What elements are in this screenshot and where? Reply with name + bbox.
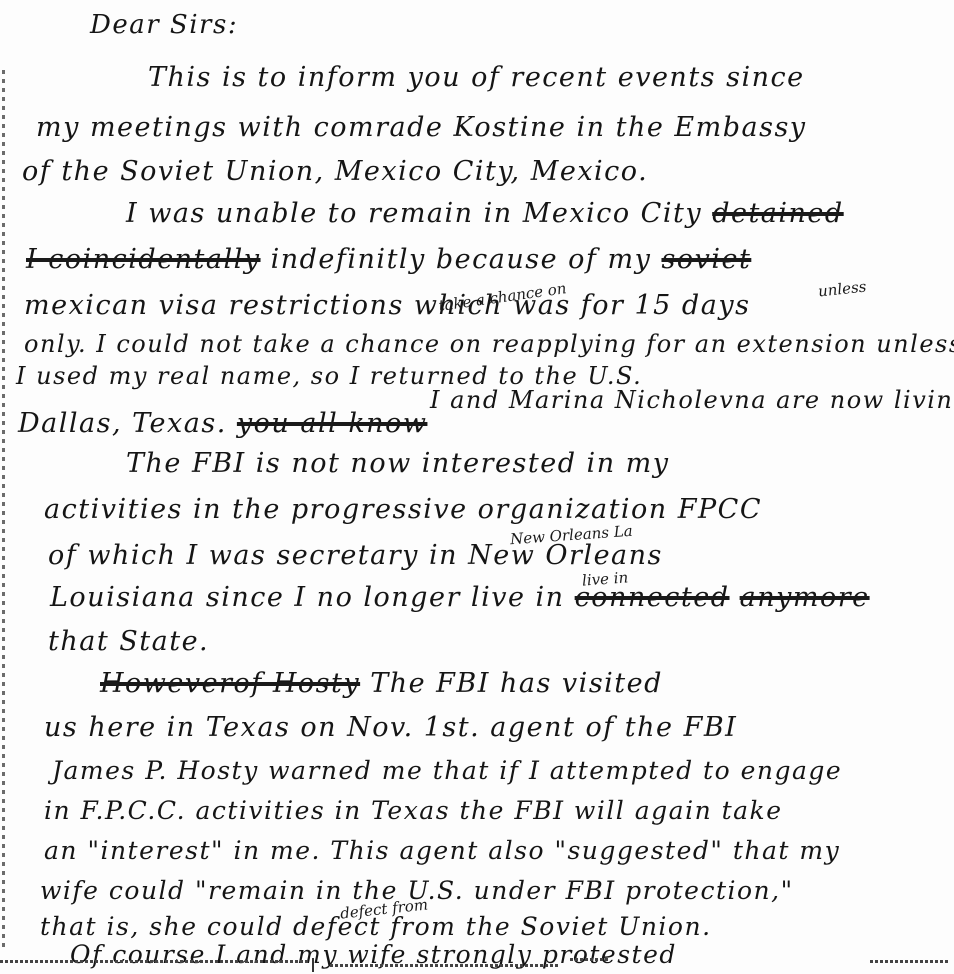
letter-line-14: Louisiana since I no longer live in conn…	[50, 582, 870, 613]
line-text: only. I could not take a chance on reapp…	[24, 330, 954, 358]
letter-line-6: mexican visa restrictions which was for …	[24, 290, 750, 321]
struck-word: anymore	[740, 582, 870, 613]
struck-word: detained	[712, 198, 844, 229]
scan-artifact	[870, 960, 950, 963]
letter-line-7: only. I could not take a chance on reapp…	[24, 330, 954, 358]
letter-line-13: of which I was secretary in New Orleans	[48, 540, 663, 571]
scan-margin-border	[2, 70, 5, 950]
letter-line-16: Howeverof Hosty The FBI has visited	[100, 668, 663, 699]
letter-salutation: Dear Sirs:	[90, 10, 238, 40]
line-text: of which I was secretary in New Orleans	[48, 540, 663, 571]
letter-line-3: of the Soviet Union, Mexico City, Mexico…	[22, 156, 648, 187]
letter-line-19: in F.P.C.C. activities in Texas the FBI …	[44, 796, 783, 825]
struck-word: soviet	[661, 244, 751, 275]
line-text: Dallas, Texas.	[18, 408, 227, 439]
letter-line-18: James P. Hosty warned me that if I attem…	[52, 756, 842, 785]
insertion-above-line: unless	[817, 278, 867, 301]
letter-line-22: that is, she could defect from the Sovie…	[40, 912, 712, 941]
letter-line-12: activities in the progressive organizati…	[44, 494, 762, 525]
letter-line-10: Dallas, Texas. you all know	[18, 408, 427, 439]
letter-line-5: I coincidentally indefinitly because of …	[26, 244, 751, 275]
letter-line-20: an "interest" in me. This agent also "su…	[44, 836, 840, 865]
scan-bottom-edge	[0, 958, 954, 974]
struck-word: I coincidentally	[26, 244, 261, 275]
struck-word: Howeverof Hosty	[100, 668, 360, 699]
scan-artifact	[330, 964, 560, 967]
letter-line-2: my meetings with comrade Kostine in the …	[36, 112, 807, 143]
scan-artifact	[312, 958, 314, 972]
letter-line-4: I was unable to remain in Mexico City de…	[126, 198, 844, 229]
letter-line-15: that State.	[48, 626, 209, 657]
line-text: indefinitly because of my	[271, 244, 652, 275]
letter-line-1: This is to inform you of recent events s…	[148, 62, 805, 93]
struck-word: you all know	[237, 408, 428, 439]
letter-line-9-visible: I and Marina Nicholevna are now living i…	[430, 386, 954, 414]
scanned-letter-page: Dear Sirs: This is to inform you of rece…	[0, 0, 954, 974]
line-text: I was unable to remain in Mexico City	[126, 198, 702, 229]
line-text: that is, she could defect from the Sovie…	[40, 912, 712, 941]
scan-artifact	[570, 958, 610, 961]
scan-artifact	[0, 960, 310, 963]
line-text: The FBI has visited	[370, 668, 663, 699]
struck-word: connected	[575, 582, 730, 613]
line-text: Louisiana since I no longer live in	[50, 582, 565, 613]
letter-line-17: us here in Texas on Nov. 1st. agent of t…	[44, 712, 737, 743]
letter-line-11: The FBI is not now interested in my	[126, 448, 670, 479]
